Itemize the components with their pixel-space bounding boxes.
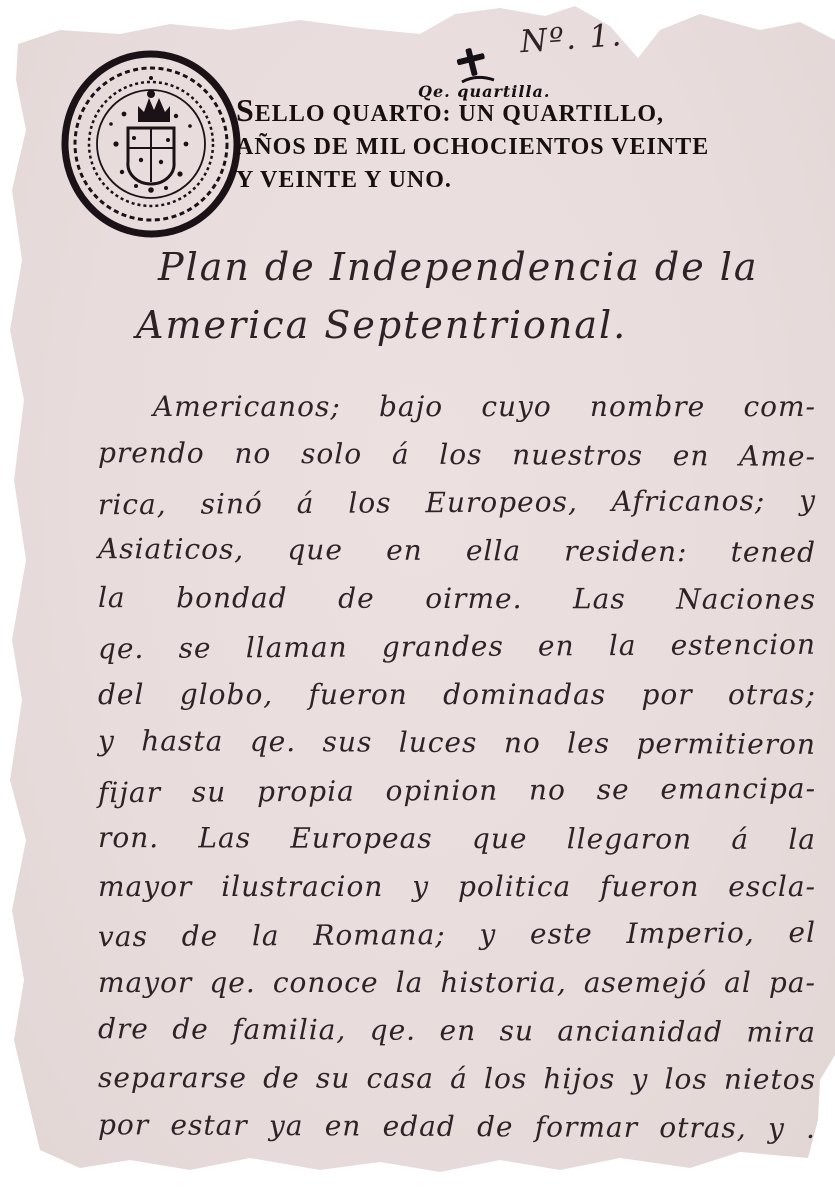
manuscript-line: mayor qe. conoce la historia, asemejó al… — [98, 959, 816, 1007]
title-line: Plan de Independencia de la — [158, 238, 798, 296]
stamp-line: AÑOS DE MIL OCHOCIENTOS VEINTE — [236, 131, 736, 164]
manuscript-line: y hasta qe. sus luces no les permitieron — [98, 717, 816, 769]
manuscript-line: separarse de su casa á los hijos y los n… — [98, 1054, 816, 1104]
manuscript-line: prendo no solo á los nuestros en Ame- — [98, 429, 816, 481]
scan-background: Nº. 1. Qe. quartilla. SELLO QUARTO: UN Q… — [0, 0, 835, 1200]
manuscript-page: Nº. 1. Qe. quartilla. SELLO QUARTO: UN Q… — [0, 0, 835, 1200]
manuscript-body: Americanos; bajo cuyo nombre com- prendo… — [98, 383, 816, 1151]
manuscript-line: ron. Las Europeas que llegaron á la — [98, 814, 816, 864]
document-number: Nº. 1. — [519, 12, 701, 60]
manuscript-line: Asiaticos, que en ella residen: tened — [98, 525, 816, 577]
manuscript-line: qe. se llaman grandes en la estencion — [98, 621, 816, 673]
stamp-line: SELLO QUARTO: UN QUARTILLO, — [236, 94, 736, 131]
manuscript-line: vas de la Romana; y este Imperio, el — [98, 909, 816, 961]
manuscript-line: Americanos; bajo cuyo nombre com- — [98, 383, 816, 431]
manuscript-line: la bondad de oirme. Las Naciones — [98, 574, 816, 624]
manuscript-line: del globo, fueron dominadas por otras; — [98, 671, 816, 719]
title-line: America Septentrional. — [136, 296, 798, 354]
manuscript-line: mayor ilustracion y politica fueron escl… — [98, 863, 816, 911]
stamp-line: Y VEINTE Y UNO. — [236, 164, 736, 197]
manuscript-line: rica, sinó á los Europeos, Africanos; y — [98, 477, 816, 529]
manuscript-line: fijar su propia opinion no se emancipa- — [98, 765, 816, 817]
royal-seal-stamp — [56, 48, 246, 240]
document-title: Plan de Independencia de la America Sept… — [158, 238, 798, 354]
stamp-header: SELLO QUARTO: UN QUARTILLO, AÑOS DE MIL … — [236, 94, 736, 197]
manuscript-line: dre de familia, qe. en su ancianidad mir… — [98, 1005, 816, 1057]
manuscript-line: por estar ya en edad de formar otras, y … — [98, 1101, 816, 1153]
